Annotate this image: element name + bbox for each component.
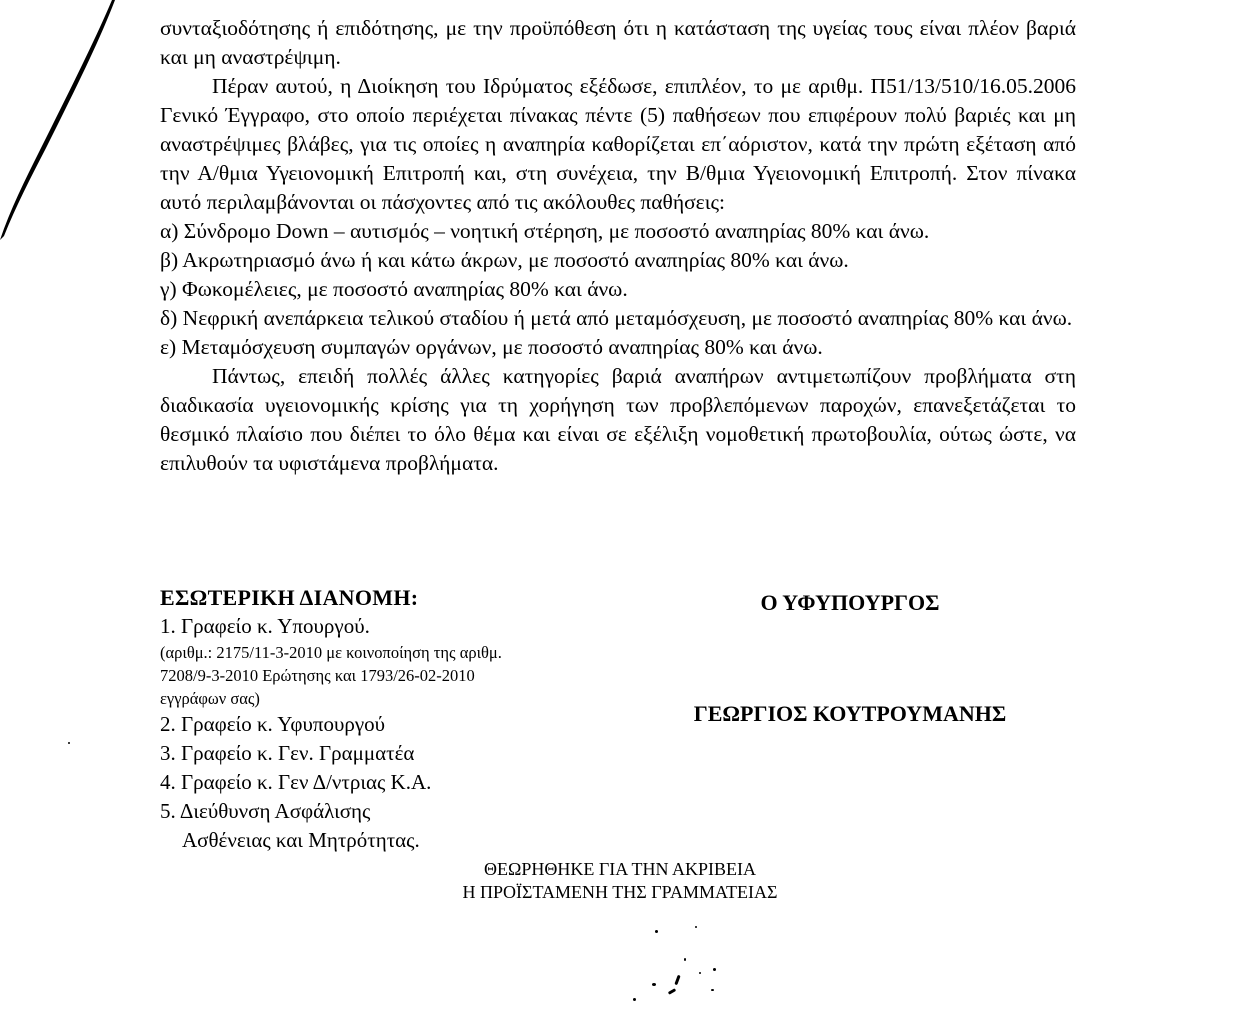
distribution-item-1-note-line-2: 7208/9-3-2010 Ερώτησης και 1793/26-02-20…	[160, 664, 630, 687]
signatory-name: ΓΕΩΡΓΙΟΣ ΚΟΥΤΡΟΥΜΑΝΗΣ	[640, 701, 1060, 727]
scanned-document-page: συνταξιοδότησης ή επιδότησης, με την προ…	[0, 0, 1245, 1024]
distribution-item-5: 5. Διεύθυνση Ασφάλισης	[160, 797, 630, 826]
distribution-item-1: 1. Γραφείο κ. Υπουργού.	[160, 612, 630, 641]
pen-stroke-mark	[0, 0, 130, 250]
certification-line-1: ΘΕΩΡΗΘΗΚΕ ΓΙΑ ΤΗΝ ΑΚΡΙΒΕΙΑ	[410, 858, 830, 881]
internal-distribution: ΕΣΩΤΕΡΙΚΗ ΔΙΑΝΟΜΗ: 1. Γραφείο κ. Υπουργο…	[160, 584, 630, 855]
document-body: συνταξιοδότησης ή επιδότησης, με την προ…	[160, 14, 1076, 478]
condition-item-c: γ) Φωκομέλειες, με ποσοστό αναπηρίας 80%…	[160, 275, 1076, 304]
condition-item-e: ε) Μεταμόσχευση συμπαγών οργάνων, με ποσ…	[160, 333, 1076, 362]
distribution-item-2: 2. Γραφείο κ. Υφυπουργού	[160, 710, 630, 739]
condition-item-a: α) Σύνδρομο Down – αυτισμός – νοητική στ…	[160, 217, 1076, 246]
certification-block: ΘΕΩΡΗΘΗΚΕ ΓΙΑ ΤΗΝ ΑΚΡΙΒΕΙΑ Η ΠΡΟΪΣΤΑΜΕΝΗ…	[410, 858, 830, 904]
distribution-item-5-continuation: Ασθένειας και Μητρότητας.	[160, 826, 630, 855]
certification-line-2: Η ΠΡΟΪΣΤΑΜΕΝΗ ΤΗΣ ΓΡΑΜΜΑΤΕΙΑΣ	[410, 881, 830, 904]
condition-item-d: δ) Νεφρική ανεπάρκεια τελικού σταδίου ή …	[160, 304, 1076, 333]
paragraph-closing: Πάντως, επειδή πολλές άλλες κατηγορίες β…	[160, 362, 1076, 478]
distribution-item-1-note-line-1: (αριθμ.: 2175/11-3-2010 με κοινοποίηση τ…	[160, 641, 630, 664]
paragraph-general-document: Πέραν αυτού, η Διοίκηση του Ιδρύματος εξ…	[160, 72, 1076, 217]
distribution-title: ΕΣΩΤΕΡΙΚΗ ΔΙΑΝΟΜΗ:	[160, 584, 630, 612]
paragraph-continuation: συνταξιοδότησης ή επιδότησης, με την προ…	[160, 14, 1076, 72]
distribution-item-4: 4. Γραφείο κ. Γεν Δ/ντριας Κ.Α.	[160, 768, 630, 797]
signatory-title: Ο ΥΦΥΠΟΥΡΓΟΣ	[640, 590, 1060, 616]
distribution-item-1-note-line-3: εγγράφων σας)	[160, 687, 630, 710]
distribution-item-3: 3. Γραφείο κ. Γεν. Γραμματέα	[160, 739, 630, 768]
condition-item-b: β) Ακρωτηριασμό άνω ή και κάτω άκρων, με…	[160, 246, 1076, 275]
